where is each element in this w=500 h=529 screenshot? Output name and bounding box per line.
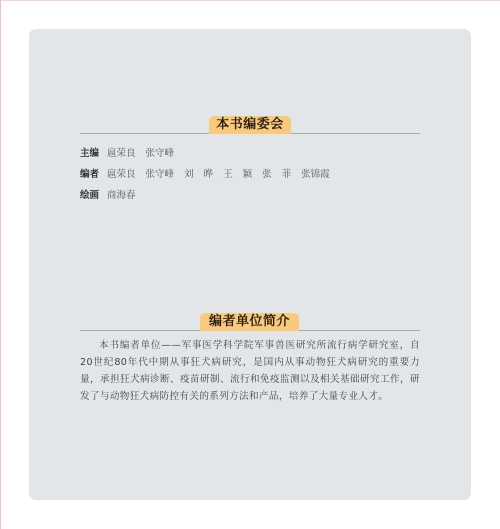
page-edge-left: [0, 0, 1, 529]
role-label: 编者: [80, 166, 107, 180]
role-label: 主编: [80, 145, 107, 159]
person-name-part: 刘: [184, 166, 194, 180]
person-name-part: 张: [262, 166, 272, 180]
credit-row-editor-in-chief: 主编 扈荣良 张守峰: [80, 141, 420, 162]
section-header-committee: 本书编委会: [80, 114, 420, 134]
credit-row-editors: 编者 扈荣良 张守峰 刘 晔 王 颖 张 菲 张锦霞: [80, 162, 420, 183]
person-name: 扈荣良: [107, 166, 136, 180]
person-name-part: 颖: [243, 166, 253, 180]
credit-row-illustrator: 绘画 商海春: [80, 183, 420, 204]
person-name-part: 王: [223, 166, 233, 180]
names-list: 扈荣良 张守峰 刘 晔 王 颖 张 菲 张锦霞: [107, 166, 340, 180]
person-name-part: 菲: [282, 166, 292, 180]
names-list: 商海春: [107, 187, 146, 201]
person-name-part: 晔: [204, 166, 214, 180]
page-edge-top: [0, 0, 500, 1]
person-name: 商海春: [107, 187, 136, 201]
person-name: 张守峰: [146, 145, 175, 159]
person-name: 张锦霞: [301, 166, 330, 180]
unit-intro-paragraph: 本书编者单位——军事医学科学院军事兽医研究所流行病学研究室，自20世纪80年代中…: [80, 337, 420, 405]
person-name: 扈荣良: [107, 145, 136, 159]
section-header-unit-intro: 编者单位简介: [80, 311, 420, 331]
person-name: 张守峰: [146, 166, 175, 180]
credits-list: 主编 扈荣良 张守峰 编者 扈荣良 张守峰 刘 晔 王 颖 张 菲 张锦霞 绘画: [80, 141, 420, 204]
role-label: 绘画: [80, 187, 107, 201]
content-panel: 本书编委会 主编 扈荣良 张守峰 编者 扈荣良 张守峰 刘 晔 王 颖 张 菲 …: [29, 29, 471, 500]
section-title: 本书编委会: [209, 116, 291, 134]
section-title: 编者单位简介: [200, 313, 299, 331]
names-list: 扈荣良 张守峰: [107, 145, 184, 159]
